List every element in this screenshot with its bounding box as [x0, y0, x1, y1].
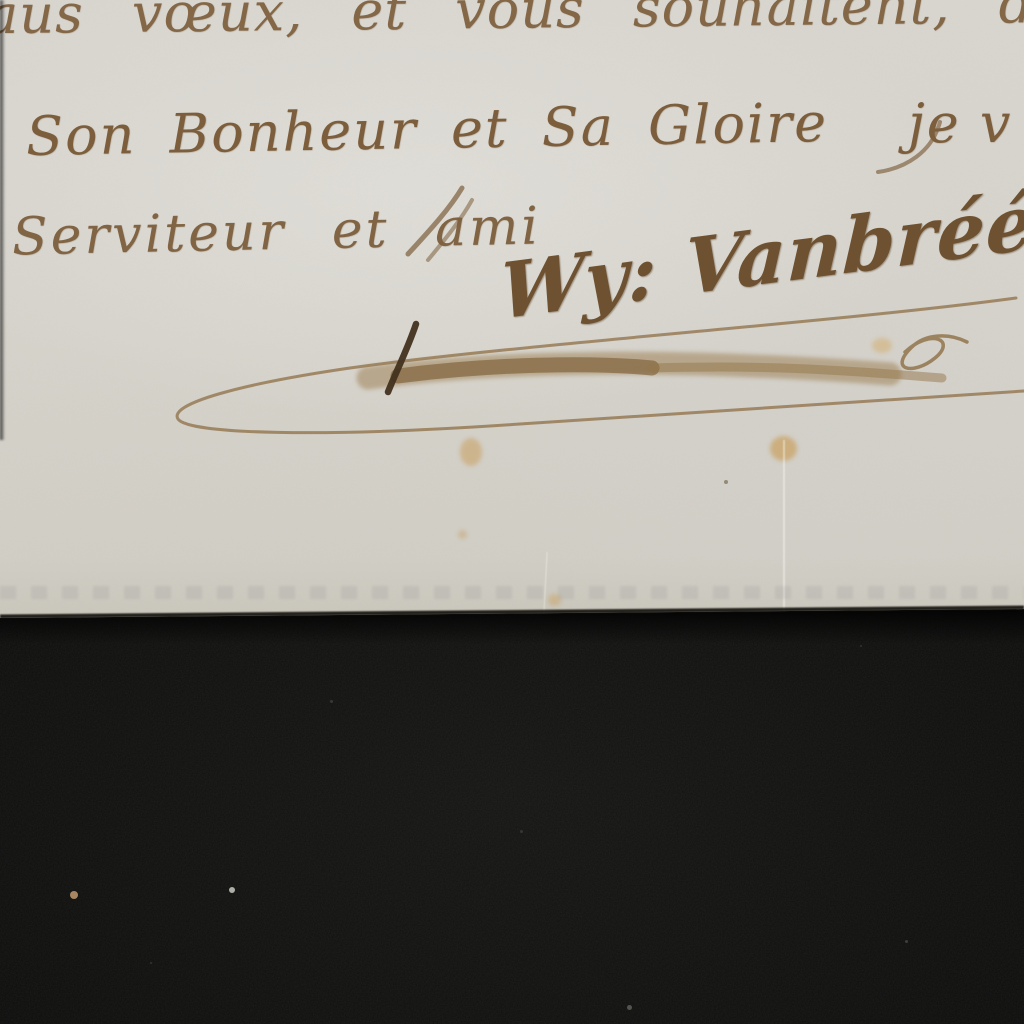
manuscript-line-wish: Son Bonheur et Sa Gloire: [26, 91, 829, 168]
left-edge-gap: [0, 0, 5, 440]
dust-speck: [860, 645, 862, 647]
letter-paper: aus vœux, et vous souhaitent, de vo Son …: [0, 0, 1024, 620]
manuscript-ink-layer: aus vœux, et vous souhaitent, de vo Son …: [0, 0, 1024, 620]
dust-speck: [905, 940, 908, 943]
photograph-of-letter: aus vœux, et vous souhaitent, de vo Son …: [0, 0, 1024, 1024]
manuscript-line-closing: Serviteur et ami: [11, 196, 541, 267]
dust-speck: [150, 962, 152, 964]
dust-speck: [330, 700, 333, 703]
manuscript-line-je: je v: [908, 92, 1012, 155]
dust-speck: [229, 887, 235, 893]
dust-speck: [520, 830, 523, 833]
dust-speck: [70, 891, 78, 899]
manuscript-line-cropped: aus vœux, et vous souhaitent, de vo: [0, 0, 1024, 46]
dust-speck: [627, 1005, 632, 1010]
signature: Wy: Vanbréé: [498, 176, 1024, 337]
